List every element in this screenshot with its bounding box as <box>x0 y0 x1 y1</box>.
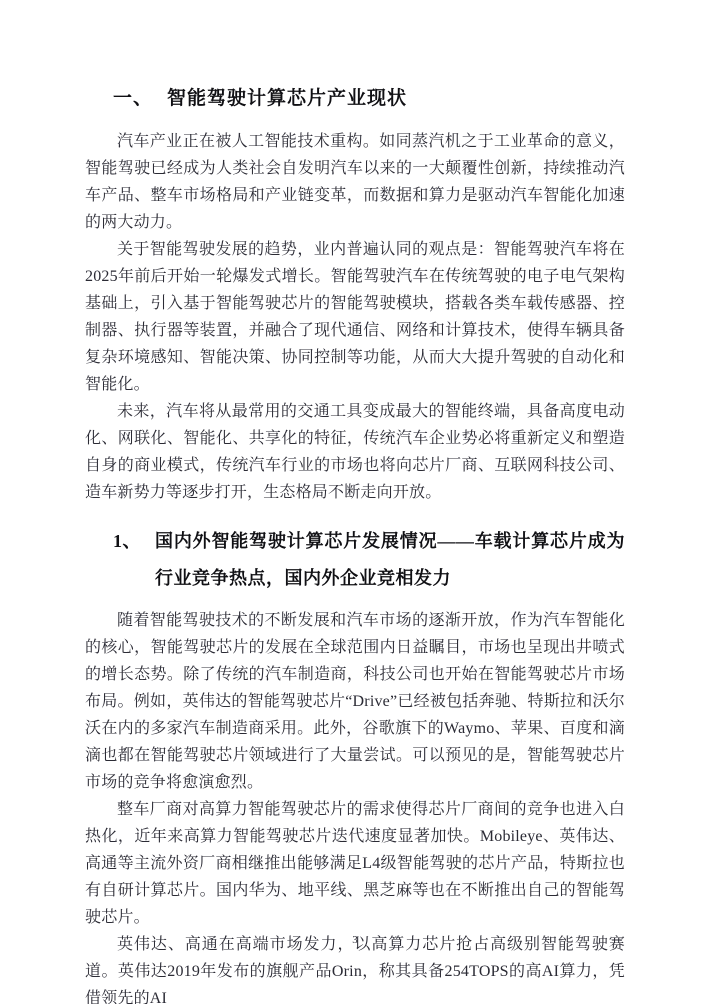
document-page: 一、智能驾驶计算芯片产业现状 汽车产业正在被人工智能技术重构。如同蒸汽机之于工业… <box>0 0 710 1004</box>
page-footer: 3 <box>0 934 710 946</box>
section-heading-1-number: 一、 <box>113 86 153 112</box>
page-number: 3 <box>352 934 358 946</box>
paragraph-2: 关于智能驾驶发展的趋势，业内普遍认同的观点是：智能驾驶汽车将在2025年前后开始… <box>85 236 625 398</box>
section-heading-2-number: 1、 <box>113 523 155 597</box>
section-heading-2: 1、 国内外智能驾驶计算芯片发展情况——车载计算芯片成为行业竞争热点，国内外企业… <box>113 523 625 597</box>
section-heading-1: 一、智能驾驶计算芯片产业现状 <box>113 86 625 112</box>
section-heading-2-title: 国内外智能驾驶计算芯片发展情况——车载计算芯片成为行业竞争热点，国内外企业竞相发… <box>155 523 625 597</box>
page-content: 一、智能驾驶计算芯片产业现状 汽车产业正在被人工智能技术重构。如同蒸汽机之于工业… <box>85 86 625 1004</box>
paragraph-5: 整车厂商对高算力智能驾驶芯片的需求使得芯片厂商间的竞争也进入白热化，近年来高算力… <box>85 796 625 931</box>
paragraph-4: 随着智能驾驶技术的不断发展和汽车市场的逐渐开放，作为汽车智能化的核心，智能驾驶芯… <box>85 607 625 796</box>
paragraph-3: 未来，汽车将从最常用的交通工具变成最大的智能终端，具备高度电动化、网联化、智能化… <box>85 398 625 506</box>
section-heading-1-title: 智能驾驶计算芯片产业现状 <box>167 88 407 109</box>
paragraph-1: 汽车产业正在被人工智能技术重构。如同蒸汽机之于工业革命的意义，智能驾驶已经成为人… <box>85 128 625 236</box>
